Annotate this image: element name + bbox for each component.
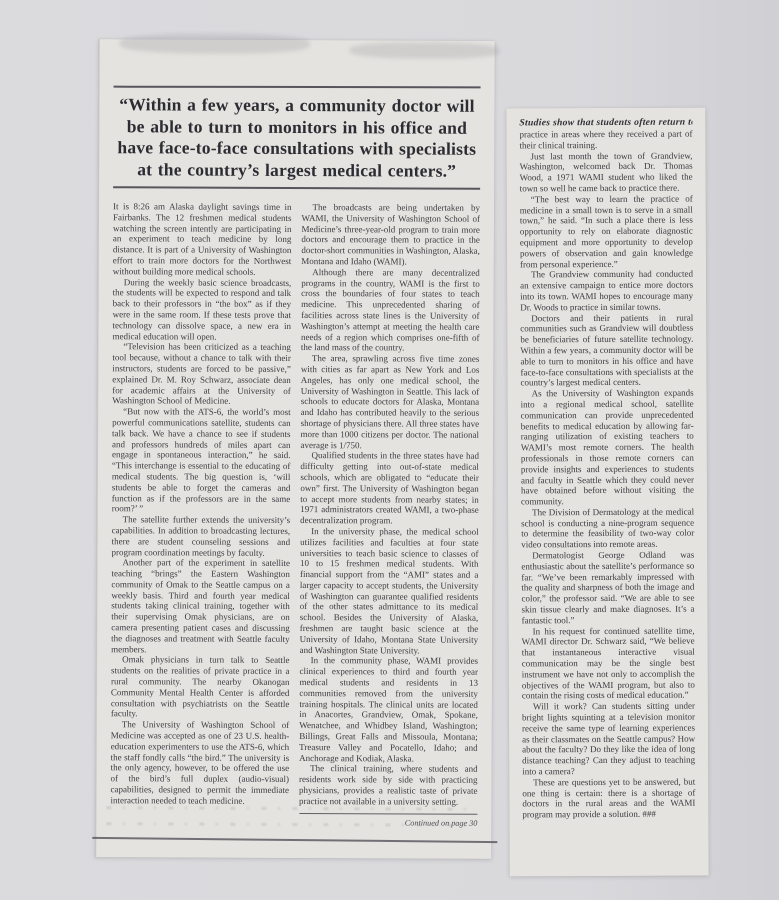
handwritten-annotation: Studies show that students often return … xyxy=(519,117,693,129)
paragraph: Omak physicians in turn talk to Seattle … xyxy=(111,655,290,721)
scanned-page: “Within a few years, a community doctor … xyxy=(0,0,779,900)
paragraph: Although there are many decentralized pr… xyxy=(301,267,480,354)
newspaper-clipping-main: “Within a few years, a community doctor … xyxy=(95,39,495,859)
paragraph: Dermatologist George Odland was enthusia… xyxy=(521,550,694,626)
clipping-bottom-edge xyxy=(92,836,497,842)
paragraph: Just last month the town of Grandview, W… xyxy=(520,150,693,194)
paragraph: The University of Washington School of M… xyxy=(110,719,289,806)
paragraph: Another part of the experiment in satell… xyxy=(111,557,290,655)
paragraph: “But now with the ATS-6, the world’s mos… xyxy=(112,406,291,515)
tape-smudge xyxy=(350,42,500,59)
column-1: It is 8:26 am Alaska daylight savings ti… xyxy=(110,201,291,827)
paragraph: These are questions yet to be answered, … xyxy=(522,776,695,820)
column-1-text: It is 8:26 am Alaska daylight savings ti… xyxy=(110,201,291,806)
paragraph: Will it work? Can students sitting under… xyxy=(522,701,695,777)
column-2-text: The broadcasts are being undertaken by W… xyxy=(299,202,480,807)
column-2: The broadcasts are being undertaken by W… xyxy=(299,202,480,828)
headline-top-rule xyxy=(114,86,481,89)
paragraph: The Division of Dermatology at the medic… xyxy=(521,507,694,551)
paragraph: The clinical training, where students an… xyxy=(299,763,478,807)
paragraph: The satellite further extends the univer… xyxy=(112,514,291,558)
paragraph: During the weekly basic science broadcas… xyxy=(112,277,291,343)
paragraph: In the community phase, WAMI provides cl… xyxy=(299,655,478,764)
headline: “Within a few years, a community doctor … xyxy=(115,94,478,182)
newspaper-clipping-column3: Studies show that students often return … xyxy=(506,108,708,877)
headline-box: “Within a few years, a community doctor … xyxy=(113,85,480,190)
paragraph: As the University of Washington expands … xyxy=(521,388,695,508)
paragraph: practice in areas where they received a … xyxy=(519,129,692,151)
paragraph: Qualified students in the three states h… xyxy=(300,450,479,526)
paragraph: The area, sprawling across five time zon… xyxy=(300,353,479,451)
paragraph: “Television has been criticized as a tea… xyxy=(112,342,291,408)
tape-smudge xyxy=(120,33,310,54)
paragraph: The broadcasts are being undertaken by W… xyxy=(301,202,480,268)
paragraph: It is 8:26 am Alaska daylight savings ti… xyxy=(113,201,292,277)
headline-bottom-rule xyxy=(113,186,480,190)
column-3-text: practice in areas where they received a … xyxy=(519,129,695,821)
paragraph: The Grandview community had conducted an… xyxy=(520,269,693,313)
paragraph: Doctors and their patients in rural comm… xyxy=(520,312,693,388)
paragraph: “The best way to learn the practice of m… xyxy=(520,193,693,269)
article-columns: It is 8:26 am Alaska daylight savings ti… xyxy=(110,201,480,828)
paragraph: In the university phase, the medical sch… xyxy=(300,526,479,656)
column-2-end-rule xyxy=(299,813,478,815)
paragraph: In his request for continued satellite t… xyxy=(522,625,695,701)
